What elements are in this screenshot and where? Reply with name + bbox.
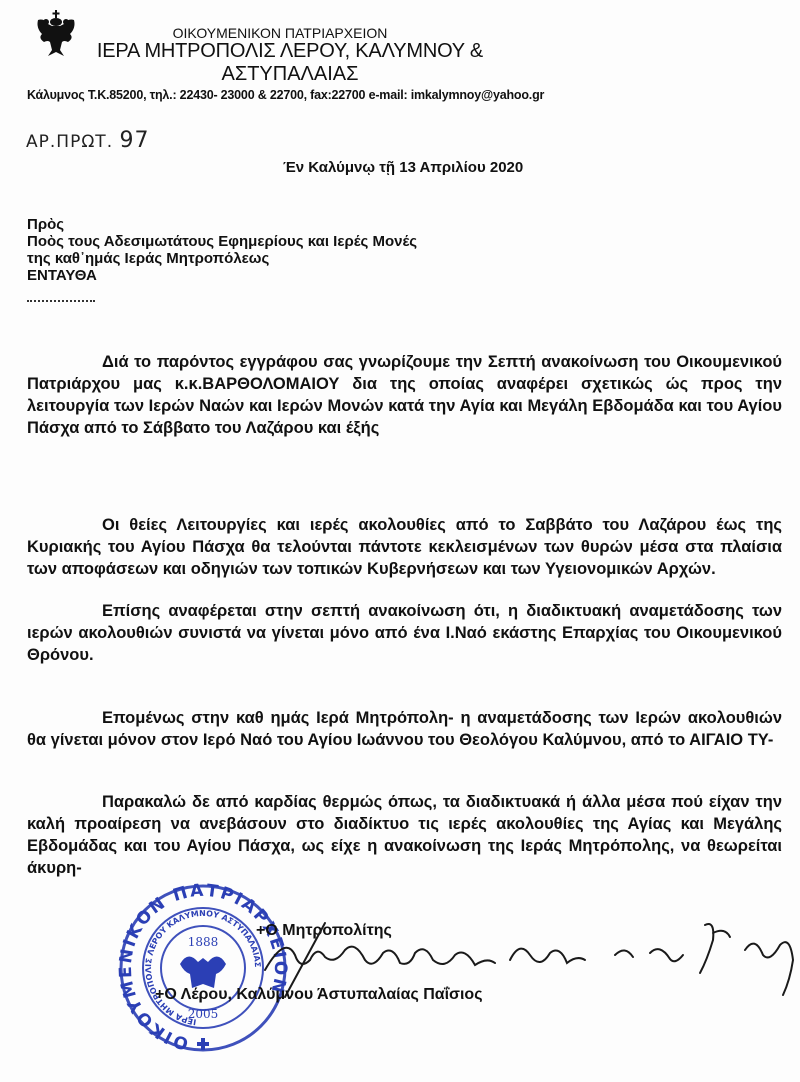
recipient-line: Πρὸς — [27, 216, 417, 233]
date-line: Έν Καλύμνῳ τῇ 13 Απριλίου 2020 — [283, 159, 523, 176]
recipient-line: της καθ᾽ημάς Ιεράς Μητροπόλεως — [27, 250, 417, 267]
body-paragraph-3: Επίσης αναφέρεται στην σεπτή ανακοίνωση … — [27, 600, 782, 666]
body-paragraph-5: Παρακαλώ δε από καρδίας θερμώς όπως, τα … — [27, 791, 782, 879]
letterhead-patriarchate: ΟΙΚΟΥΜΕΝΙΚΟΝ ΠΑΤΡΙΑΡΧΕΙΟΝ — [110, 25, 450, 41]
recipient-block: Πρὸς Ποὸς τους Αδεσιμωτάτους Εφημερίους … — [27, 216, 417, 284]
body-paragraph-4: Επομένως στην καθ ημάς Ιερά Μητρόπολη- η… — [27, 707, 782, 751]
recipient-line: Ποὸς τους Αδεσιμωτάτους Εφημερίους και Ι… — [27, 233, 417, 250]
svg-text:1888: 1888 — [188, 935, 219, 949]
recipient-line: ΕΝΤΑΥΘΑ — [27, 267, 417, 284]
double-headed-eagle-icon — [34, 10, 78, 58]
letterhead-metropolis: ΙΕΡΑ ΜΗΤΡΟΠΟΛΙΣ ΛΕΡΟΥ, ΚΑΛΥΜΝΟΥ & — [80, 40, 500, 63]
protocol-number: ΑΡ.ΠΡΩΤ. 97 — [26, 128, 150, 153]
protocol-label: ΑΡ.ΠΡΩΤ. — [26, 132, 113, 152]
body-paragraph-1: Διά το παρόντος εγγράφου σας γνωρίζουμε … — [27, 351, 782, 439]
letterhead-contact: Κάλυμνος Τ.Κ.85200, τηλ.: 22430- 23000 &… — [27, 88, 544, 102]
protocol-value: 97 — [120, 128, 150, 153]
body-paragraph-2: Οι θείες Λειτουργίες και ιερές ακολουθίε… — [27, 514, 782, 580]
signatory-name: +Ο Λέρου, Καλύμνου Άστυπαλαίας Παΐσιος — [155, 986, 483, 1004]
svg-text:2005: 2005 — [188, 1007, 219, 1021]
recipient-separator — [27, 300, 95, 304]
letterhead-metropolis-cont: ΑΣΤΥΠΑΛΑΙΑΣ — [80, 63, 500, 86]
